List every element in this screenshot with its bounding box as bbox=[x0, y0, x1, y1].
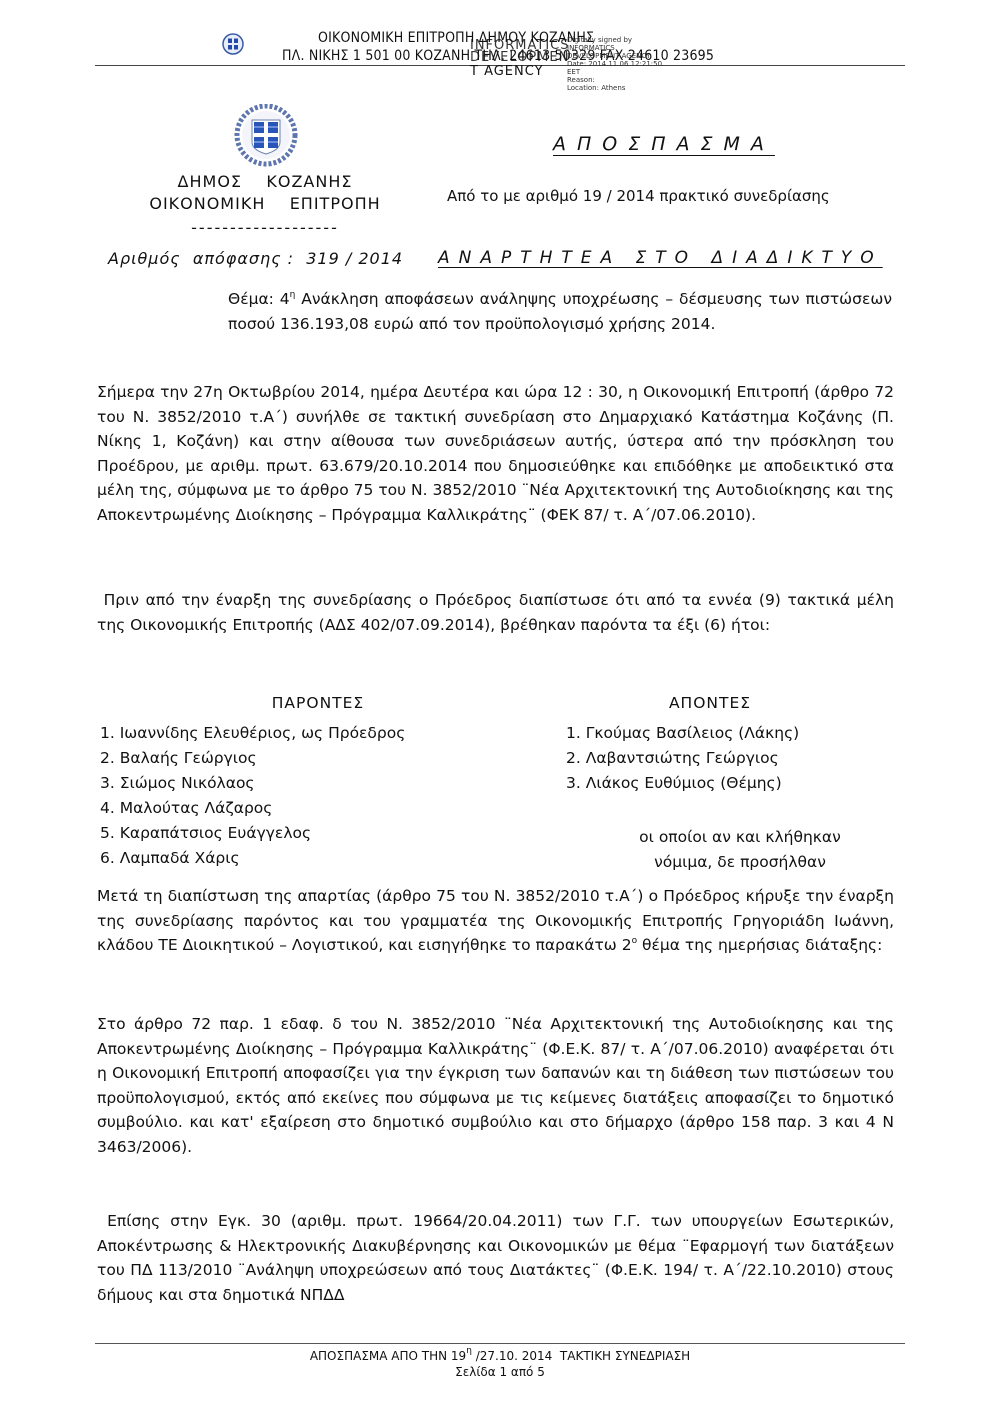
absent-heading: ΑΠΟΝΤΕΣ bbox=[620, 694, 800, 712]
subject-prefix: Θέμα: 4 bbox=[228, 290, 290, 308]
footer-title-tail: /27.10. 2014 ΤΑΚΤΙΚΗ ΣΥΝΕΔΡΙΑΣΗ bbox=[472, 1349, 690, 1363]
footer: ΑΠΟΣΠΑΣΜΑ ΑΠΟ ΤΗΝ 19η /27.10. 2014 ΤΑΚΤΙ… bbox=[95, 1348, 905, 1380]
present-member: 2. Βαλαής Γεώργιος bbox=[100, 746, 405, 771]
absent-note-line-2: νόμιμα, δε προσήλθαν bbox=[560, 850, 920, 875]
signature-detail: Location: Athens bbox=[567, 84, 662, 92]
absent-member: 3. Λιάκος Ευθύμιος (Θέμης) bbox=[566, 771, 799, 796]
present-member: 1. Ιωαννίδης Ελευθέριος, ως Πρόεδρος bbox=[100, 721, 405, 746]
present-member: 4. Μαλούτας Λάζαρος bbox=[100, 796, 405, 821]
decision-number: Αριθμός απόφασης : 319 / 2014 bbox=[108, 249, 403, 268]
signature-detail: Date: 2014.11.06 12:21:50 bbox=[567, 60, 662, 68]
footer-title: ΑΠΟΣΠΑΣΜΑ ΑΠΟ ΤΗΝ 19η /27.10. 2014 ΤΑΚΤΙ… bbox=[95, 1348, 905, 1364]
organization-divider: ------------------- bbox=[120, 217, 410, 239]
agenda-intro-tail: θέμα της ημερήσιας διάταξης: bbox=[637, 936, 882, 954]
organization-name: ΔΗΜΟΣ ΚΟΖΑΝΗΣ ΟΙΚΟΝΟΜΙΚΗ ΕΠΙΤΡΟΠΗ ------… bbox=[120, 171, 410, 239]
organization-line-1: ΔΗΜΟΣ ΚΟΖΑΝΗΣ bbox=[120, 171, 410, 193]
paragraph-quorum: Πριν από την έναρξη της συνεδρίασης ο Πρ… bbox=[97, 588, 894, 637]
signature-detail: DEVELOPMENT AGENCY bbox=[567, 52, 662, 60]
organization-line-2: ΟΙΚΟΝΟΜΙΚΗ ΕΠΙΤΡΟΠΗ bbox=[120, 193, 410, 215]
paragraph-circular: Επίσης στην Εγκ. 30 (αριθμ. πρωτ. 19664/… bbox=[97, 1209, 894, 1307]
present-heading: ΠΑΡΟΝΤΕΣ bbox=[218, 694, 418, 712]
minutes-reference: Από το με αριθμό 19 / 2014 πρακτικό συνε… bbox=[447, 187, 830, 205]
present-list: 1. Ιωαννίδης Ελευθέριος, ως Πρόεδρος 2. … bbox=[100, 721, 405, 871]
signature-detail: Digitally signed by bbox=[567, 36, 662, 44]
absent-member: 2. Λαβαντσιώτης Γεώργιος bbox=[566, 746, 799, 771]
footer-rule bbox=[95, 1343, 905, 1344]
subject: Θέμα: 4η Ανάκληση αποφάσεων ανάληψης υπο… bbox=[228, 287, 892, 336]
letterhead-emblem-icon bbox=[222, 33, 244, 55]
document-title: ΑΠΟΣΠΑΣΜΑ bbox=[553, 133, 775, 155]
present-member: 5. Καραπάτσιος Ευάγγελος bbox=[100, 821, 405, 846]
coat-of-arms-icon bbox=[234, 104, 298, 168]
present-member: 6. Λαμπαδά Χάρις bbox=[100, 846, 405, 871]
absent-note: οι οποίοι αν και κλήθηκαν νόμιμα, δε προ… bbox=[560, 825, 920, 875]
absent-member: 1. Γκούμας Βασίλειος (Λάκης) bbox=[566, 721, 799, 746]
paragraph-session-opening: Σήμερα την 27η Οκτωβρίου 2014, ημέρα Δευ… bbox=[97, 380, 894, 528]
signature-detail: INFORMATICS bbox=[567, 44, 662, 52]
subject-text: Ανάκληση αποφάσεων ανάληψης υποχρέωσης –… bbox=[228, 290, 892, 333]
signature-details: Digitally signed by INFORMATICS DEVELOPM… bbox=[567, 36, 662, 92]
signature-stamp-line-3: T AGENCY bbox=[470, 64, 544, 79]
paragraph-legal-basis: Στο άρθρο 72 παρ. 1 εδαφ. δ του Ν. 3852/… bbox=[97, 1012, 894, 1160]
absent-note-line-1: οι οποίοι αν και κλήθηκαν bbox=[560, 825, 920, 850]
signature-detail: EET bbox=[567, 68, 662, 76]
absent-list: 1. Γκούμας Βασίλειος (Λάκης) 2. Λαβαντσι… bbox=[566, 721, 799, 796]
publish-online-tag: ΑΝΑΡΤΗΤΕΑ ΣΤΟ ΔΙΑΔΙΚΤΥΟ bbox=[438, 248, 883, 268]
page-number: Σελίδα 1 από 5 bbox=[95, 1364, 905, 1380]
paragraph-agenda-intro: Μετά τη διαπίστωση της απαρτίας (άρθρο 7… bbox=[97, 884, 894, 958]
footer-title-text: ΑΠΟΣΠΑΣΜΑ ΑΠΟ ΤΗΝ 19 bbox=[310, 1349, 466, 1363]
signature-stamp-line-2: DEVELOPMEN bbox=[470, 50, 569, 65]
signature-detail: Reason: bbox=[567, 76, 662, 84]
present-member: 3. Σιώμος Νικόλαος bbox=[100, 771, 405, 796]
